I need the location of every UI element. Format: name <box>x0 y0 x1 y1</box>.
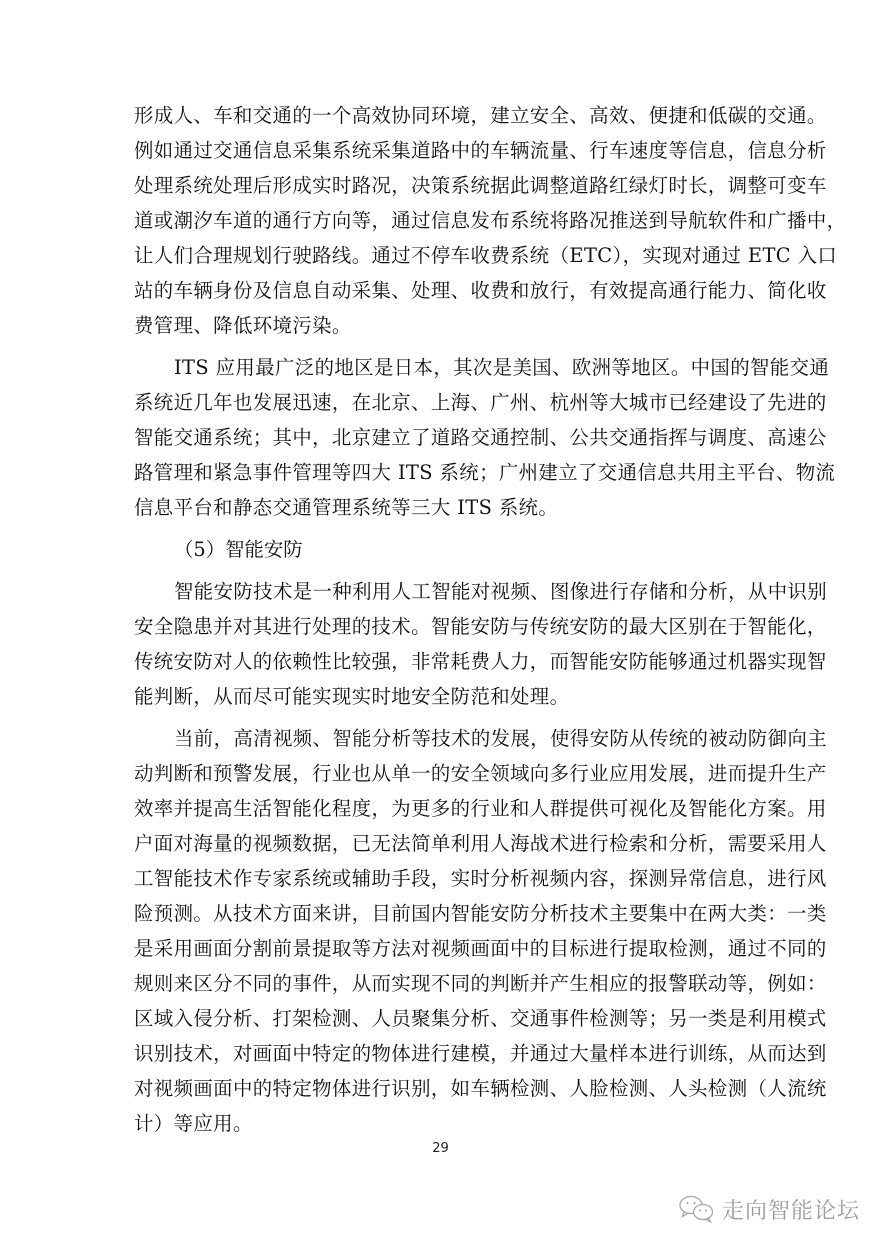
text-line: 智能安防技术是一种利用人工智能对视频、图像进行存储和分析，从中识别 <box>134 574 748 609</box>
section-heading-smart-security: （5）智能安防 <box>134 532 748 567</box>
text-line: 让人们合理规划行驶路线。通过不停车收费系统（ETC），实现对通过 ETC 入口 <box>134 238 748 273</box>
text-line: 道或潮汐车道的通行方向等，通过信息发布系统将路况推送到导航软件和广播中， <box>134 203 748 238</box>
text-line: 效率并提高生活智能化程度，为更多的行业和人群提供可视化及智能化方案。用 <box>134 791 748 826</box>
text-line: 信息平台和静态交通管理系统等三大 ITS 系统。 <box>134 490 748 525</box>
text-line: 当前，高清视频、智能分析等技术的发展，使得安防从传统的被动防御向主 <box>134 721 748 756</box>
text-line: ITS 应用最广泛的地区是日本，其次是美国、欧洲等地区。中国的智能交通 <box>134 350 748 385</box>
text-line: 费管理、降低环境污染。 <box>134 308 748 343</box>
text-line: 工智能技术作专家系统或辅助手段，实时分析视频内容，探测异常信息，进行风 <box>134 861 748 896</box>
watermark: 走向智能论坛 <box>678 1192 860 1226</box>
text-line: 识别技术，对画面中特定的物体进行建模，并通过大量样本进行训练，从而达到 <box>134 1036 748 1071</box>
text-line: 计）等应用。 <box>134 1106 748 1141</box>
paragraph-intelligent-transport-continued: 形成人、车和交通的一个高效协同环境，建立安全、高效、便捷和低碳的交通。 例如通过… <box>134 98 748 343</box>
text-line: 站的车辆身份及信息自动采集、处理、收费和放行，有效提高通行能力、简化收 <box>134 273 748 308</box>
text-line: 安全隐患并对其进行处理的技术。智能安防与传统安防的最大区别在于智能化， <box>134 609 748 644</box>
text-line: 路管理和紧急事件管理等四大 ITS 系统；广州建立了交通信息共用主平台、物流 <box>134 455 748 490</box>
text-line: 系统近几年也发展迅速，在北京、上海、广州、杭州等大城市已经建设了先进的 <box>134 385 748 420</box>
text-line: 形成人、车和交通的一个高效协同环境，建立安全、高效、便捷和低碳的交通。 <box>134 98 748 133</box>
text-line: 户面对海量的视频数据，已无法简单利用人海战术进行检索和分析，需要采用人 <box>134 826 748 861</box>
text-line: 能判断，从而尽可能实现实时地安全防范和处理。 <box>134 679 748 714</box>
page-number: 29 <box>0 1141 881 1156</box>
document-page: 形成人、车和交通的一个高效协同环境，建立安全、高效、便捷和低碳的交通。 例如通过… <box>134 98 748 1148</box>
text-line: 区域入侵分析、打架检测、人员聚集分析、交通事件检测等；另一类是利用模式 <box>134 1001 748 1036</box>
text-line: 险预测。从技术方面来讲，目前国内智能安防分析技术主要集中在两大类：一类 <box>134 896 748 931</box>
text-line: 处理系统处理后形成实时路况，决策系统据此调整道路红绿灯时长，调整可变车 <box>134 168 748 203</box>
text-line: 对视频画面中的特定物体进行识别，如车辆检测、人脸检测、人头检测（人流统 <box>134 1071 748 1106</box>
text-line: 动判断和预警发展，行业也从单一的安全领域向多行业应用发展，进而提升生产 <box>134 756 748 791</box>
paragraph-its-applications: ITS 应用最广泛的地区是日本，其次是美国、欧洲等地区。中国的智能交通 系统近几… <box>134 350 748 525</box>
text-line: 传统安防对人的依赖性比较强，非常耗费人力，而智能安防能够通过机器实现智 <box>134 644 748 679</box>
text-line: 规则来区分不同的事件，从而实现不同的判断并产生相应的报警联动等，例如： <box>134 966 748 1001</box>
wechat-icon <box>678 1194 716 1224</box>
text-line: 例如通过交通信息采集系统采集道路中的车辆流量、行车速度等信息，信息分析 <box>134 133 748 168</box>
text-line: 智能交通系统；其中，北京建立了道路交通控制、公共交通指挥与调度、高速公 <box>134 420 748 455</box>
text-line: 是采用画面分割前景提取等方法对视频画面中的目标进行提取检测，通过不同的 <box>134 931 748 966</box>
paragraph-smart-security-development: 当前，高清视频、智能分析等技术的发展，使得安防从传统的被动防御向主 动判断和预警… <box>134 721 748 1141</box>
paragraph-smart-security-definition: 智能安防技术是一种利用人工智能对视频、图像进行存储和分析，从中识别 安全隐患并对… <box>134 574 748 714</box>
watermark-text: 走向智能论坛 <box>722 1194 860 1225</box>
